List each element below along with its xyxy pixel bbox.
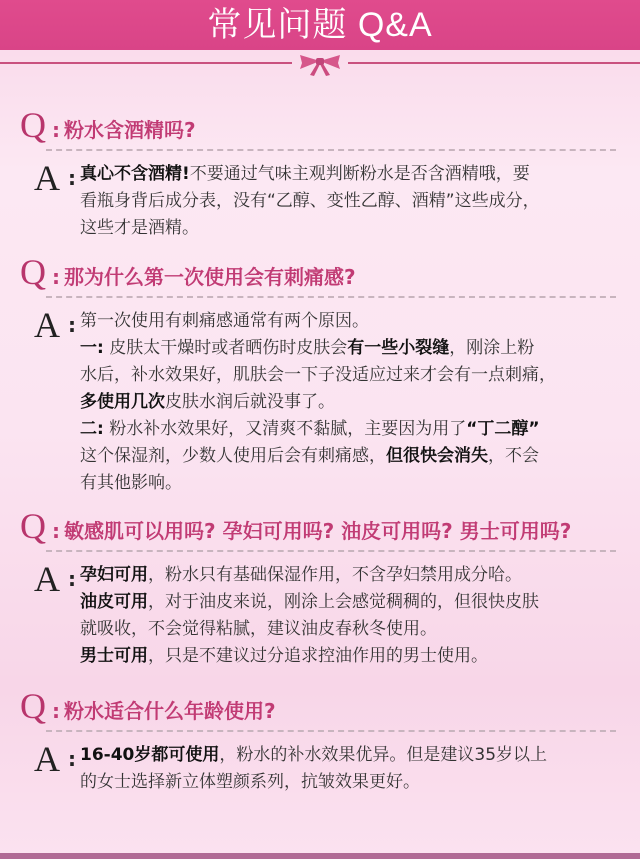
answer-segment: 水后，补水效果好，肌肤会一下子没适应过来才会有一点刺痛， <box>80 365 556 385</box>
question-text: 粉水适合什么年龄使用? <box>64 691 276 731</box>
answer-segment: 就吸收，不会觉得粘腻，建议油皮春秋冬使用。 <box>80 619 437 639</box>
answer-text: 第一次使用有刺痛感通常有两个原因。一: 皮肤太干燥时或者晒伤时皮肤会有一些小裂缝… <box>80 308 610 497</box>
question-row: Q : 粉水适合什么年龄使用? <box>20 686 620 726</box>
a-colon: : <box>68 742 76 796</box>
bottom-border <box>0 853 640 859</box>
q-letter: Q <box>20 105 50 145</box>
answer-segment: ，刚涂上粉 <box>449 338 534 358</box>
answer-segment: 的女士选择新立体塑颜系列，抗皱效果更好。 <box>80 772 420 792</box>
answer-emphasis: 真心不含酒精! <box>80 164 190 184</box>
page-title: 常见问题 Q&A <box>207 0 432 50</box>
answer-segment: 第一次使用有刺痛感通常有两个原因。 <box>80 311 369 331</box>
q-letter: Q <box>20 252 50 292</box>
answer-text: 真心不含酒精!不要通过气味主观判断粉水是否含酒精哦，要看瓶身背后成分表，没有“乙… <box>80 161 610 242</box>
answer-segment: 粉水补水效果好，又清爽不黏腻，主要因为用了 <box>104 419 466 439</box>
a-colon: : <box>68 161 76 242</box>
q-colon: : <box>52 118 60 142</box>
bow-divider <box>0 53 640 83</box>
q-colon: : <box>52 519 60 543</box>
answer-row: A : 第一次使用有刺痛感通常有两个原因。一: 皮肤太干燥时或者晒伤时皮肤会有一… <box>20 308 620 497</box>
answer-segment: 皮肤太干燥时或者晒伤时皮肤会 <box>104 338 347 358</box>
answer-row: A : 孕妇可用，粉水只有基础保湿作用，不含孕妇禁用成分哈。油皮可用，对于油皮来… <box>20 562 620 670</box>
answer-segment: ，粉水的补水效果优异。但是建议35岁以上 <box>219 745 547 765</box>
answer-line: 这个保湿剂，少数人使用后会有刺痛感，但很快会消失，不会 <box>80 443 610 470</box>
answer-segment: ，粉水只有基础保湿作用，不含孕妇禁用成分哈。 <box>148 565 522 585</box>
answer-line: 水后，补水效果好，肌肤会一下子没适应过来才会有一点刺痛， <box>80 362 610 389</box>
question-row: Q : 那为什么第一次使用会有刺痛感? <box>20 252 620 292</box>
question-row: Q : 敏感肌可以用吗? 孕妇可用吗? 油皮可用吗? 男士可用吗? <box>20 506 620 546</box>
answer-line: 一: 皮肤太干燥时或者晒伤时皮肤会有一些小裂缝，刚涂上粉 <box>80 335 610 362</box>
answer-emphasis: 二: <box>80 419 104 439</box>
a-letter: A <box>34 562 68 670</box>
answer-emphasis: 油皮可用 <box>80 592 148 612</box>
answer-segment: 看瓶身背后成分表，没有“乙醇、变性乙醇、酒精”这些成分， <box>80 191 540 211</box>
q-colon: : <box>52 265 60 289</box>
answer-row: A : 真心不含酒精!不要通过气味主观判断粉水是否含酒精哦，要看瓶身背后成分表，… <box>20 161 620 242</box>
q-colon: : <box>52 699 60 723</box>
answer-line: 16-40岁都可使用，粉水的补水效果优异。但是建议35岁以上 <box>80 742 610 769</box>
q-letter: Q <box>20 506 50 546</box>
answer-emphasis: 男士可用 <box>80 646 148 666</box>
divider-line-right <box>348 62 640 64</box>
answer-line: 孕妇可用，粉水只有基础保湿作用，不含孕妇禁用成分哈。 <box>80 562 610 589</box>
qa-block-3: Q : 敏感肌可以用吗? 孕妇可用吗? 油皮可用吗? 男士可用吗? A : 孕妇… <box>20 506 620 670</box>
qa-block-4: Q : 粉水适合什么年龄使用? A : 16-40岁都可使用，粉水的补水效果优异… <box>20 686 620 796</box>
answer-line: 二: 粉水补水效果好，又清爽不黏腻，主要因为用了“丁二醇” <box>80 416 610 443</box>
a-letter: A <box>34 742 68 796</box>
divider-line-left <box>0 62 292 64</box>
answer-text: 16-40岁都可使用，粉水的补水效果优异。但是建议35岁以上的女士选择新立体塑颜… <box>80 742 610 796</box>
qa-block-1: Q : 粉水含酒精吗? A : 真心不含酒精!不要通过气味主观判断粉水是否含酒精… <box>20 105 620 242</box>
answer-line: 这些才是酒精。 <box>80 215 610 242</box>
answer-row: A : 16-40岁都可使用，粉水的补水效果优异。但是建议35岁以上的女士选择新… <box>20 742 620 796</box>
answer-line: 第一次使用有刺痛感通常有两个原因。 <box>80 308 610 335</box>
answer-emphasis: 孕妇可用 <box>80 565 148 585</box>
answer-segment: 这个保湿剂，少数人使用后会有刺痛感， <box>80 446 386 466</box>
answer-emphasis: 但很快会消失 <box>386 446 488 466</box>
answer-segment: 不要通过气味主观判断粉水是否含酒精哦，要 <box>190 164 530 184</box>
a-colon: : <box>68 308 76 497</box>
q-letter: Q <box>20 686 50 726</box>
answer-segment: ，不会 <box>488 446 539 466</box>
answer-segment: 这些才是酒精。 <box>80 218 199 238</box>
answer-line: 的女士选择新立体塑颜系列，抗皱效果更好。 <box>80 769 610 796</box>
qa-block-2: Q : 那为什么第一次使用会有刺痛感? A : 第一次使用有刺痛感通常有两个原因… <box>20 252 620 497</box>
question-row: Q : 粉水含酒精吗? <box>20 105 620 145</box>
answer-text: 孕妇可用，粉水只有基础保湿作用，不含孕妇禁用成分哈。油皮可用，对于油皮来说，刚涂… <box>80 562 610 670</box>
answer-segment: 皮肤水润后就没事了。 <box>165 392 335 412</box>
answer-emphasis: 有一些小裂缝 <box>347 338 449 358</box>
answer-line: 就吸收，不会觉得粘腻，建议油皮春秋冬使用。 <box>80 616 610 643</box>
a-letter: A <box>34 308 68 497</box>
answer-segment: 有其他影响。 <box>80 473 182 493</box>
answer-emphasis: 一: <box>80 338 104 358</box>
header-banner: 常见问题 Q&A <box>0 0 640 50</box>
bow-icon <box>296 53 344 77</box>
answer-line: 真心不含酒精!不要通过气味主观判断粉水是否含酒精哦，要 <box>80 161 610 188</box>
answer-line: 男士可用，只是不建议过分追求控油作用的男士使用。 <box>80 643 610 670</box>
answer-line: 看瓶身背后成分表，没有“乙醇、变性乙醇、酒精”这些成分， <box>80 188 610 215</box>
a-letter: A <box>34 161 68 242</box>
answer-line: 有其他影响。 <box>80 470 610 497</box>
question-text: 敏感肌可以用吗? 孕妇可用吗? 油皮可用吗? 男士可用吗? <box>64 511 571 551</box>
answer-line: 多使用几次皮肤水润后就没事了。 <box>80 389 610 416</box>
answer-segment: ，只是不建议过分追求控油作用的男士使用。 <box>148 646 488 666</box>
answer-emphasis: 多使用几次 <box>80 392 165 412</box>
a-colon: : <box>68 562 76 670</box>
answer-segment: ，对于油皮来说，刚涂上会感觉稠稠的，但很快皮肤 <box>148 592 539 612</box>
answer-line: 油皮可用，对于油皮来说，刚涂上会感觉稠稠的，但很快皮肤 <box>80 589 610 616</box>
question-text: 粉水含酒精吗? <box>64 110 196 150</box>
answer-emphasis: “丁二醇” <box>466 419 539 439</box>
answer-emphasis: 16-40岁都可使用 <box>80 745 219 765</box>
question-text: 那为什么第一次使用会有刺痛感? <box>64 257 356 297</box>
